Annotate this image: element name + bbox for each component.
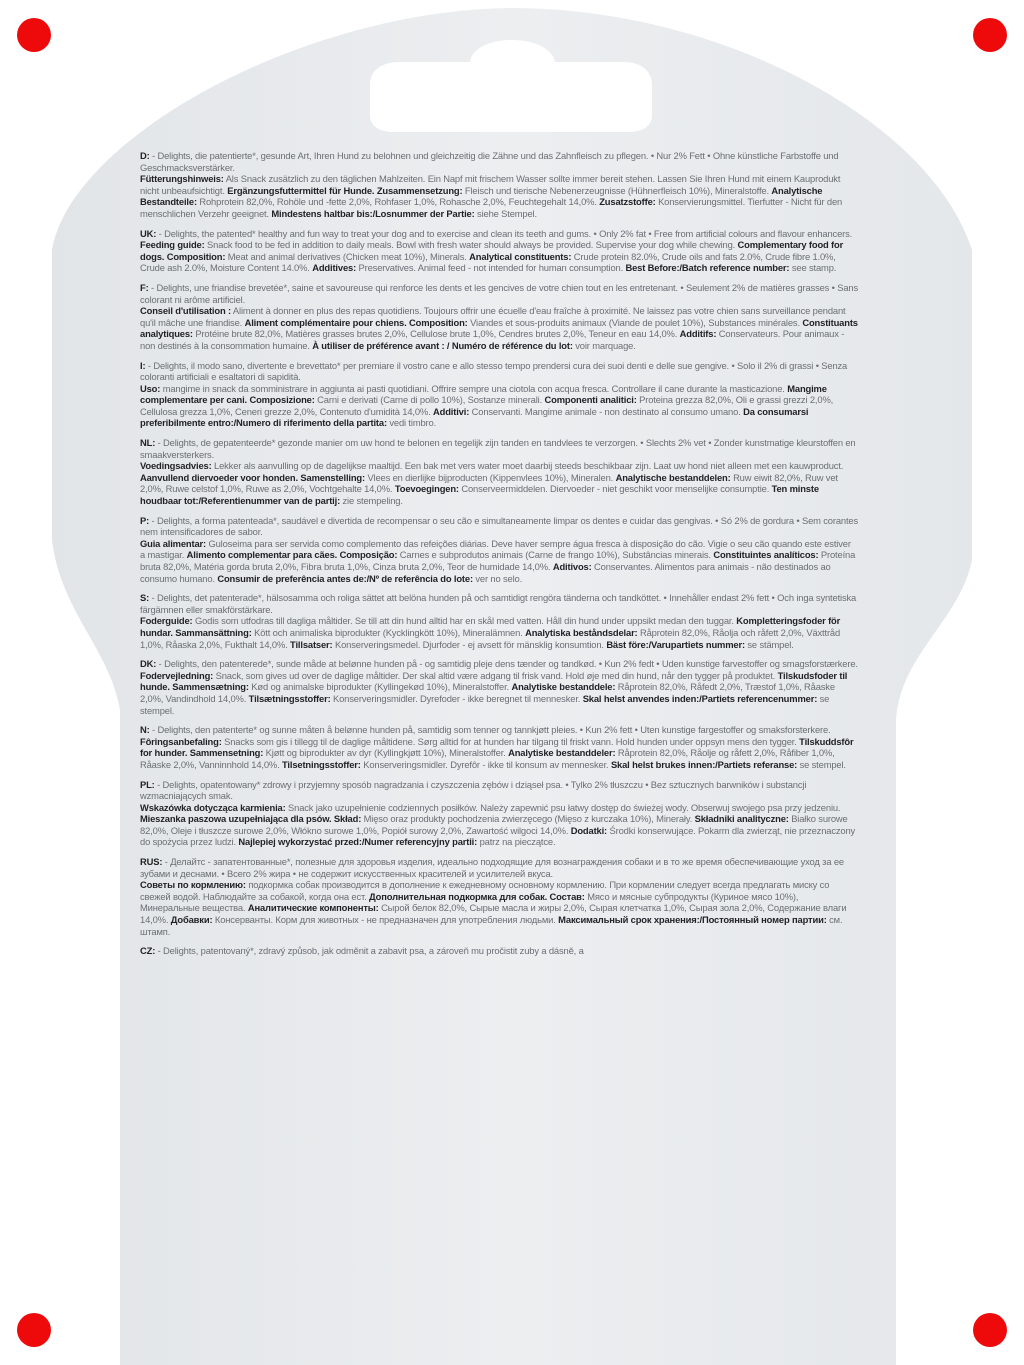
field-text: Viandes et sous-produits animaux (Viande… (468, 317, 803, 328)
field-label: Аналитические компоненты: (248, 902, 379, 913)
language-code: N: (140, 724, 150, 735)
field-text: Konserveringsmedel. Djurfoder - ej avset… (333, 639, 607, 650)
language-code: NL: (140, 437, 155, 448)
field-text: Kjøtt og biprodukter av dyr (Kyllingkjøt… (263, 747, 508, 758)
field-text: Vlees en dierlijke bijproducten (Kippenv… (365, 472, 616, 483)
field-label: Zusatzstoffe: (599, 196, 655, 207)
language-section: RUS: - Делайтс - запатентованные*, полез… (140, 856, 858, 937)
field-label: Additives: (312, 262, 356, 273)
field-label: Aliment complémentaire pour chiens. Comp… (245, 317, 468, 328)
field-text: Snacks som gis i tillegg til de daglige … (222, 736, 799, 747)
field-label: Tillsatser: (290, 639, 332, 650)
field-label: Skal helst brukes innen:/Partiets refera… (611, 759, 797, 770)
language-section: N: - Delights, den patenterte* og sunne … (140, 724, 858, 770)
field-text: Konserveringsmidler. Dyrefôr - ikke til … (361, 759, 611, 770)
field-text: Консерванты. Корм для животных - не пред… (212, 914, 558, 925)
field-text: voir marquage. (573, 340, 636, 351)
field-text: se stämpel. (745, 639, 794, 650)
field-label: Tilsætningsstoffer: (249, 693, 331, 704)
field-label: Componenti analitici: (545, 394, 637, 405)
intro-text: - Делайтс - запатентованные*, полезные д… (140, 856, 844, 879)
field-text: Konserveringsmidler. Dyrefoder - ikke be… (331, 693, 583, 704)
intro-text: - Delights, die patentierte*, gesunde Ar… (140, 150, 838, 173)
field-text: Godis som utfodras till dagliga måltider… (193, 615, 737, 626)
language-code: RUS: (140, 856, 162, 867)
language-section: S: - Delights, det patenterade*, hälsosa… (140, 592, 858, 650)
field-text: ver no selo. (473, 573, 522, 584)
language-code: S: (140, 592, 149, 603)
field-label: Советы по кормлению: (140, 879, 246, 890)
field-label: Дополнительная подкормка для собак. Сост… (369, 891, 585, 902)
label-text-area: D: - Delights, die patentierte*, gesunde… (140, 150, 858, 965)
intro-text: - Delights, une friandise brevetée*, sai… (140, 282, 858, 305)
intro-text: - Delights, il modo sano, divertente e b… (140, 360, 847, 383)
field-label: Toevoegingen: (395, 483, 459, 494)
field-text: Fleisch und tierische Nebenerzeugnisse (… (462, 185, 771, 196)
field-label: Analytical constituents: (469, 251, 571, 262)
field-text: Mięso oraz produkty pochodzenia zwierzęc… (361, 813, 694, 824)
field-text: Carni e derivati (Carne di pollo 10%), S… (315, 394, 545, 405)
field-label: Additifs: (680, 328, 717, 339)
field-label: Fütterungshinweis: (140, 173, 224, 184)
field-label: Analytiske bestanddele: (511, 681, 615, 692)
field-label: Aditivos: (553, 561, 592, 572)
field-text: Meat and animal derivatives (Chicken mea… (225, 251, 469, 262)
language-code: CZ: (140, 945, 155, 956)
field-text: Conserveermiddelen. Diervoeder - niet ge… (459, 483, 772, 494)
language-section: F: - Delights, une friandise brevetée*, … (140, 282, 858, 352)
language-section: DK: - Delights, den patenterede*, sunde … (140, 658, 858, 716)
intro-text: - Delights, a forma patenteada*, saudáve… (140, 515, 858, 538)
field-label: Analytische bestanddelen: (616, 472, 731, 483)
intro-text: - Delights, the patented* healthy and fu… (156, 228, 852, 239)
intro-text: - Delights, patentovaný*, zdravý způsob,… (155, 945, 583, 956)
language-section: PL: - Delights, opatentowany* zdrowy i p… (140, 779, 858, 849)
field-label: Feeding guide: (140, 239, 205, 250)
field-text: Snack jako uzupełnienie codziennych posi… (286, 802, 841, 813)
field-text: mangime in snack da somministrare in agg… (160, 383, 787, 394)
field-label: Максимальный срок хранения:/Постоянный н… (558, 914, 827, 925)
field-text: Preservatives. Animal feed - not intende… (356, 262, 625, 273)
marker-dot-bottom-left (17, 1313, 51, 1347)
field-label: Analytiske bestanddeler: (508, 747, 615, 758)
field-label: Voedingsadvies: (140, 460, 212, 471)
field-text: Kött och animaliska biprodukter (Kycklin… (252, 627, 525, 638)
field-text: Protéine brute 82,0%, Matières grasses b… (193, 328, 680, 339)
field-label: Best Before:/Batch reference number: (625, 262, 789, 273)
field-label: Consumir de preferência antes de:/Nº de … (217, 573, 473, 584)
field-label: Składniki analityczne: (695, 813, 789, 824)
language-code: DK: (140, 658, 156, 669)
field-label: Добавки: (171, 914, 213, 925)
field-label: Uso: (140, 383, 160, 394)
language-code: UK: (140, 228, 156, 239)
field-label: À utiliser de préférence avant : / Numér… (312, 340, 573, 351)
field-label: Dodatki: (571, 825, 607, 836)
field-label: Ergänzungsfuttermittel für Hunde. Zusamm… (227, 185, 462, 196)
intro-text: - Delights, den patenterede*, sunde måde… (156, 658, 858, 669)
field-text: Snack, som gives ud over de daglige målt… (213, 670, 777, 681)
field-label: Conseil d'utilisation : (140, 305, 231, 316)
field-text: se stempel. (797, 759, 846, 770)
field-label: Alimento complementar para cães. Composi… (187, 549, 398, 560)
field-text: Carnes e subprodutos animais (Carne de f… (397, 549, 713, 560)
intro-text: - Delights, det patenterade*, hälsosamma… (140, 592, 856, 615)
field-text: patrz na pieczątce. (477, 836, 555, 847)
field-label: Aanvullend diervoeder voor honden. Samen… (140, 472, 365, 483)
language-code: P: (140, 515, 149, 526)
field-text: zie stempeling. (340, 495, 403, 506)
field-text: Kød og animalske biprodukter (Kyllingekø… (249, 681, 512, 692)
field-label: Analytiska beståndsdelar: (525, 627, 637, 638)
language-section: I: - Delights, il modo sano, divertente … (140, 360, 858, 430)
field-label: Fôringsanbefaling: (140, 736, 222, 747)
field-label: Guia alimentar: (140, 538, 206, 549)
language-code: D: (140, 150, 150, 161)
field-label: Skal helst anvendes inden:/Partiets refe… (583, 693, 817, 704)
field-label: Najlepiej wykorzystać przed:/Numer refer… (238, 836, 477, 847)
field-label: Foderguide: (140, 615, 193, 626)
language-section: NL: - Delights, de gepatenteerde* gezond… (140, 437, 858, 507)
field-label: Constituintes analíticos: (713, 549, 818, 560)
intro-text: - Delights, den patenterte* og sunne måt… (150, 724, 831, 735)
language-section: CZ: - Delights, patentovaný*, zdravý způ… (140, 945, 858, 957)
field-text: vedi timbro. (387, 417, 436, 428)
language-section: P: - Delights, a forma patenteada*, saud… (140, 515, 858, 585)
field-label: Fodervejledning: (140, 670, 213, 681)
language-section: D: - Delights, die patentierte*, gesunde… (140, 150, 858, 220)
field-text: Rohprotein 82,0%, Rohöle und -fette 2,0%… (197, 196, 599, 207)
field-text: see stamp. (789, 262, 836, 273)
field-label: Tilsetningsstoffer: (282, 759, 361, 770)
field-text: Conservanti. Mangime animale - non desti… (469, 406, 743, 417)
field-label: Bäst före:/Varupartiets nummer: (606, 639, 745, 650)
field-label: Mieszanka paszowa uzupełniająca dla psów… (140, 813, 361, 824)
language-section: UK: - Delights, the patented* healthy an… (140, 228, 858, 274)
marker-dot-bottom-right (973, 1313, 1007, 1347)
field-text: Lekker als aanvulling op de dagelijkse m… (212, 460, 844, 471)
language-code: F: (140, 282, 149, 293)
field-label: Wskazówka dotycząca karmienia: (140, 802, 286, 813)
field-text: Snack food to be fed in addition to dail… (205, 239, 738, 250)
field-label: Mindestens haltbar bis:/Losnummer der Pa… (271, 208, 474, 219)
intro-text: - Delights, opatentowany* zdrowy i przyj… (140, 779, 806, 802)
language-code: PL: (140, 779, 155, 790)
intro-text: - Delights, de gepatenteerde* gezonde ma… (140, 437, 855, 460)
field-text: siehe Stempel. (475, 208, 537, 219)
field-label: Additivi: (433, 406, 469, 417)
